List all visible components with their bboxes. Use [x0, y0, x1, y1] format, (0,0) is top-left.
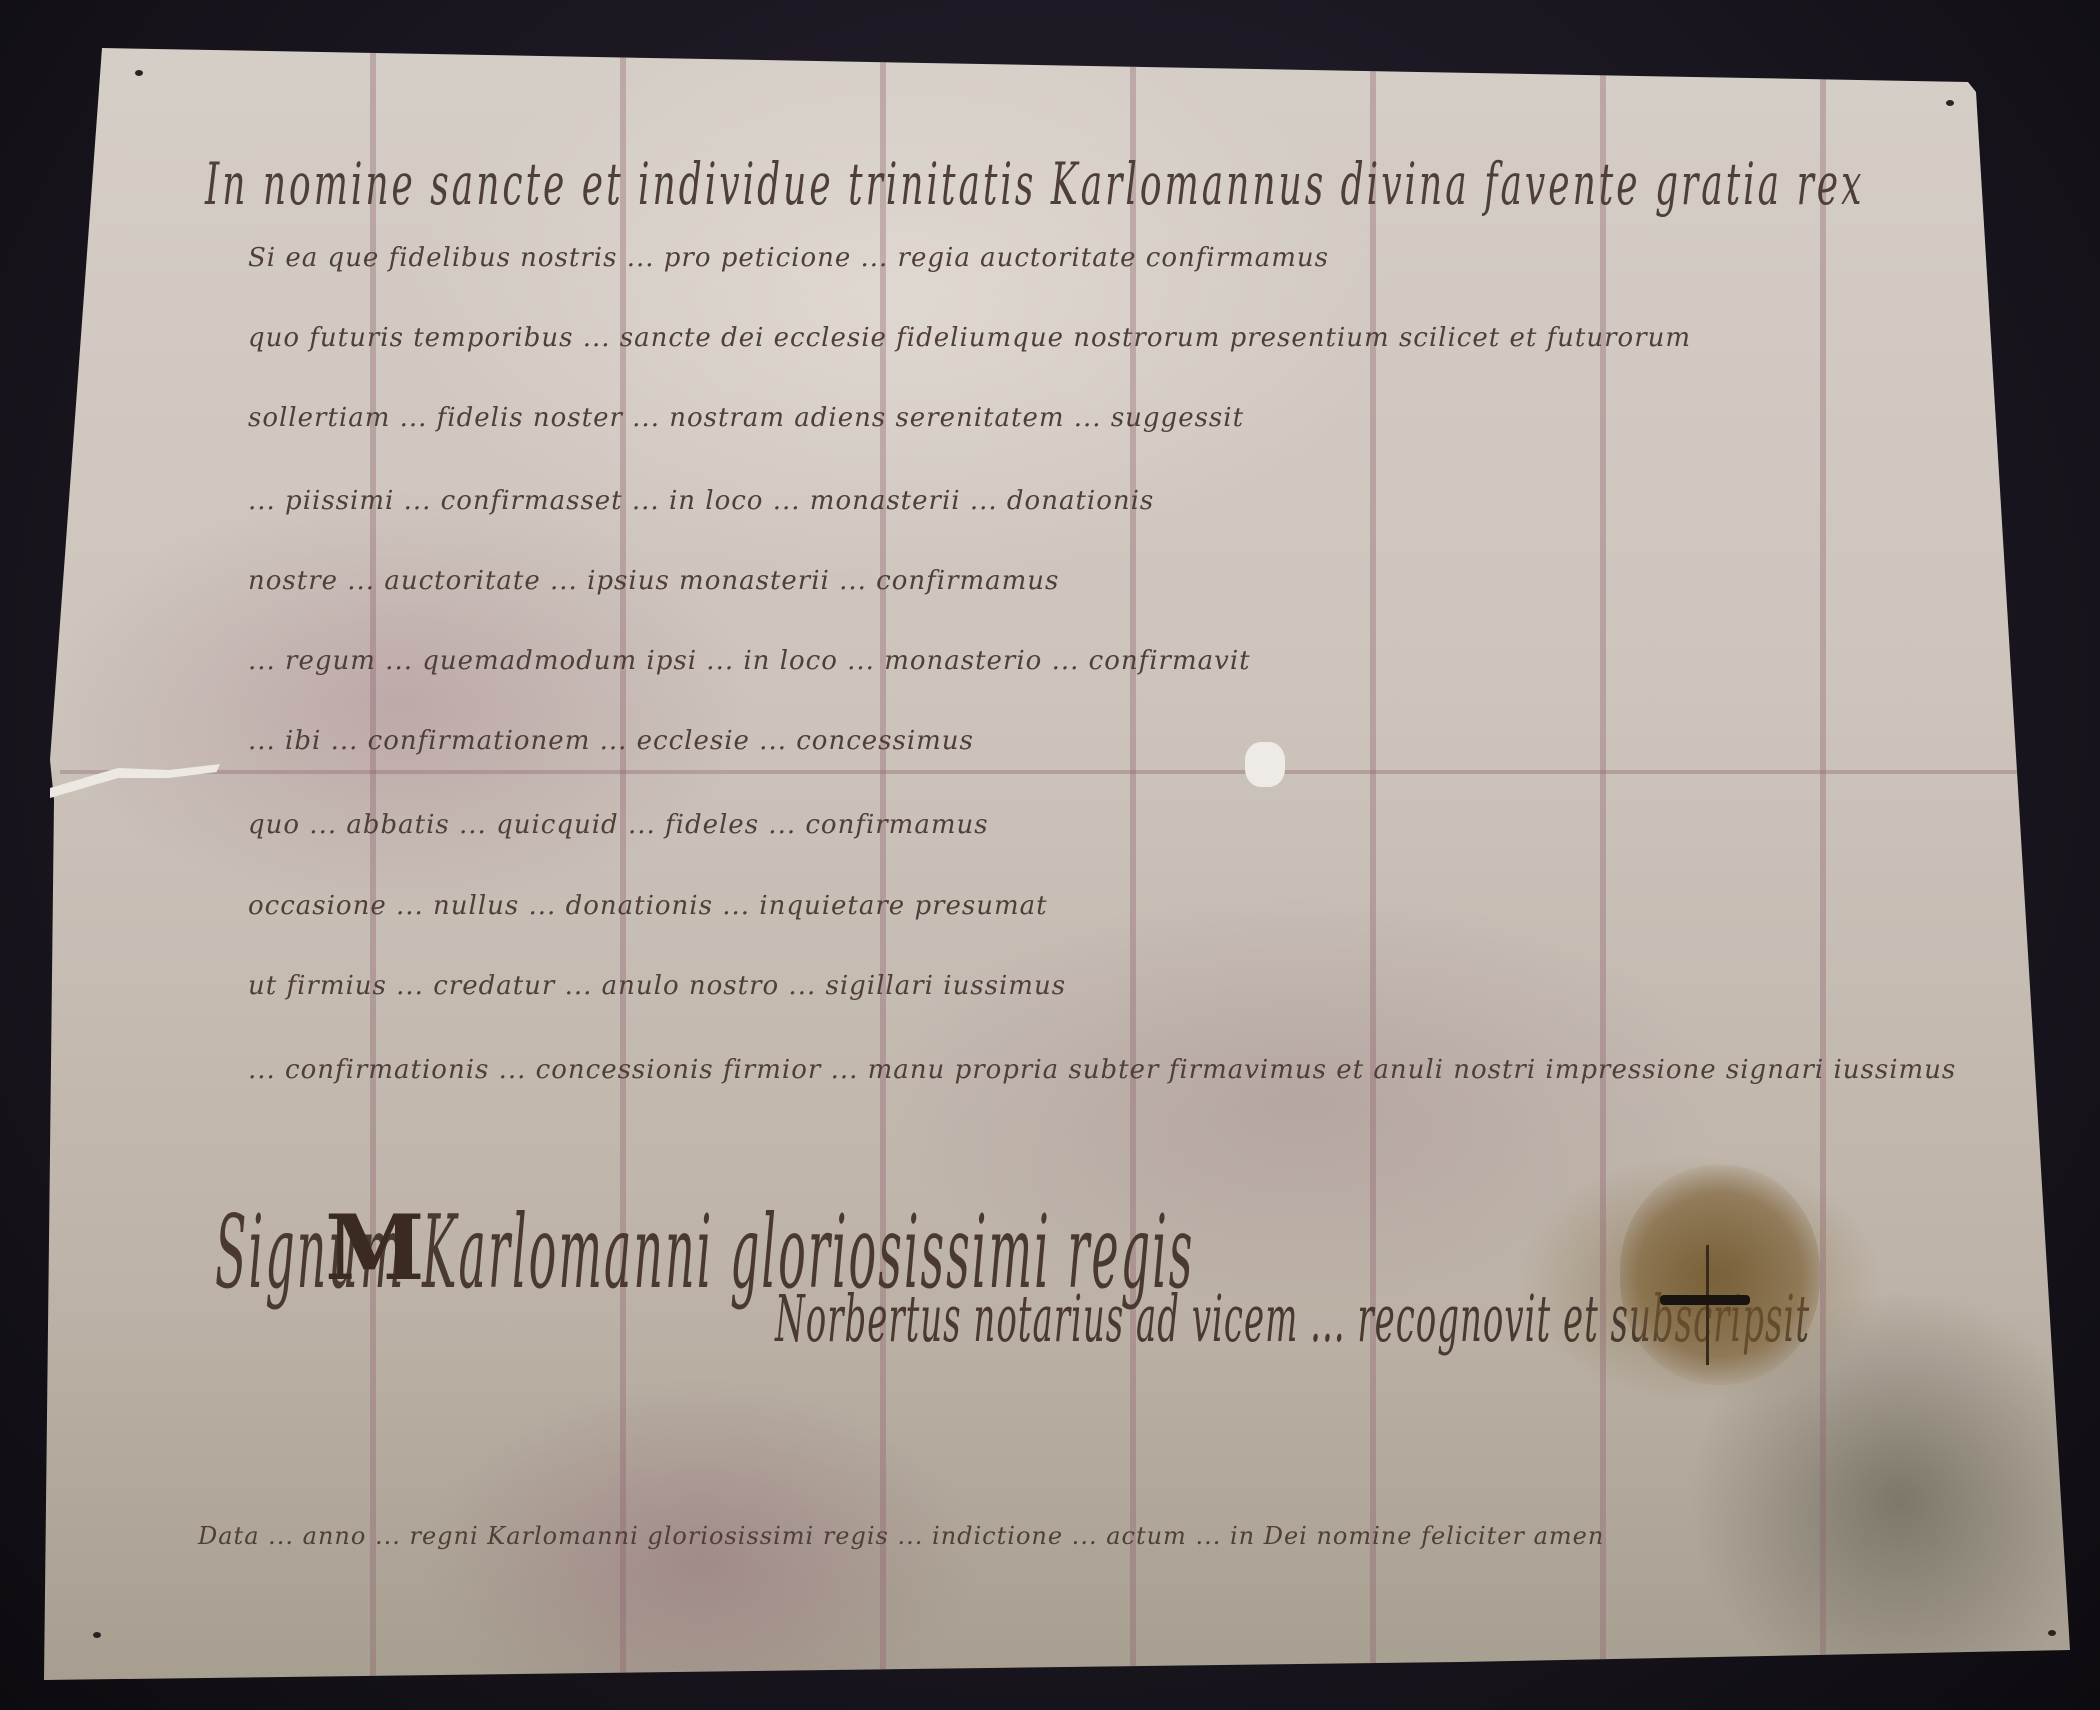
text-line: nostre ... auctoritate ... ipsius monast…: [248, 566, 1059, 596]
text-line: ... confirmationis ... concessionis firm…: [248, 1055, 1956, 1085]
pin-hole: [135, 70, 143, 76]
text-line: Si ea que fidelibus nostris ... pro peti…: [248, 243, 1329, 273]
pin-hole: [2048, 1630, 2056, 1636]
parchment-hole: [1245, 742, 1285, 787]
fold-line: [60, 770, 2060, 774]
seal-cut: [1660, 1295, 1750, 1305]
text-line: quo futuris temporibus ... sancte dei ec…: [248, 323, 1691, 353]
fold-line: [1370, 48, 1376, 1678]
seal-cut: [1706, 1245, 1709, 1365]
fold-line: [1600, 48, 1606, 1678]
text-line: ... ibi ... confirmationem ... ecclesie …: [248, 726, 974, 756]
pin-hole: [1946, 100, 1954, 106]
seal-remnant: [1620, 1165, 1820, 1385]
invocatio-line: In nomine sancte et individue trinitatis…: [205, 153, 1864, 219]
fold-line: [370, 48, 376, 1678]
text-line: sollertiam ... fidelis noster ... nostra…: [248, 403, 1244, 433]
text-line: ... regum ... quemadmodum ipsi ... in lo…: [248, 646, 1251, 676]
dating-line: Data ... anno ... regni Karlomanni glori…: [198, 1522, 1604, 1550]
fold-line: [880, 48, 886, 1678]
royal-monogram: M: [325, 1195, 425, 1301]
text-line: ut firmius ... credatur ... anulo nostro…: [248, 971, 1066, 1001]
fold-line: [620, 48, 626, 1678]
text-line: quo ... abbatis ... quicquid ... fideles…: [248, 810, 989, 840]
text-line: occasione ... nullus ... donationis ... …: [248, 891, 1048, 921]
fold-line: [1820, 48, 1826, 1678]
pin-hole: [93, 1632, 101, 1638]
text-line: ... piissimi ... confirmasset ... in loc…: [248, 486, 1154, 516]
fold-line: [1130, 48, 1136, 1678]
